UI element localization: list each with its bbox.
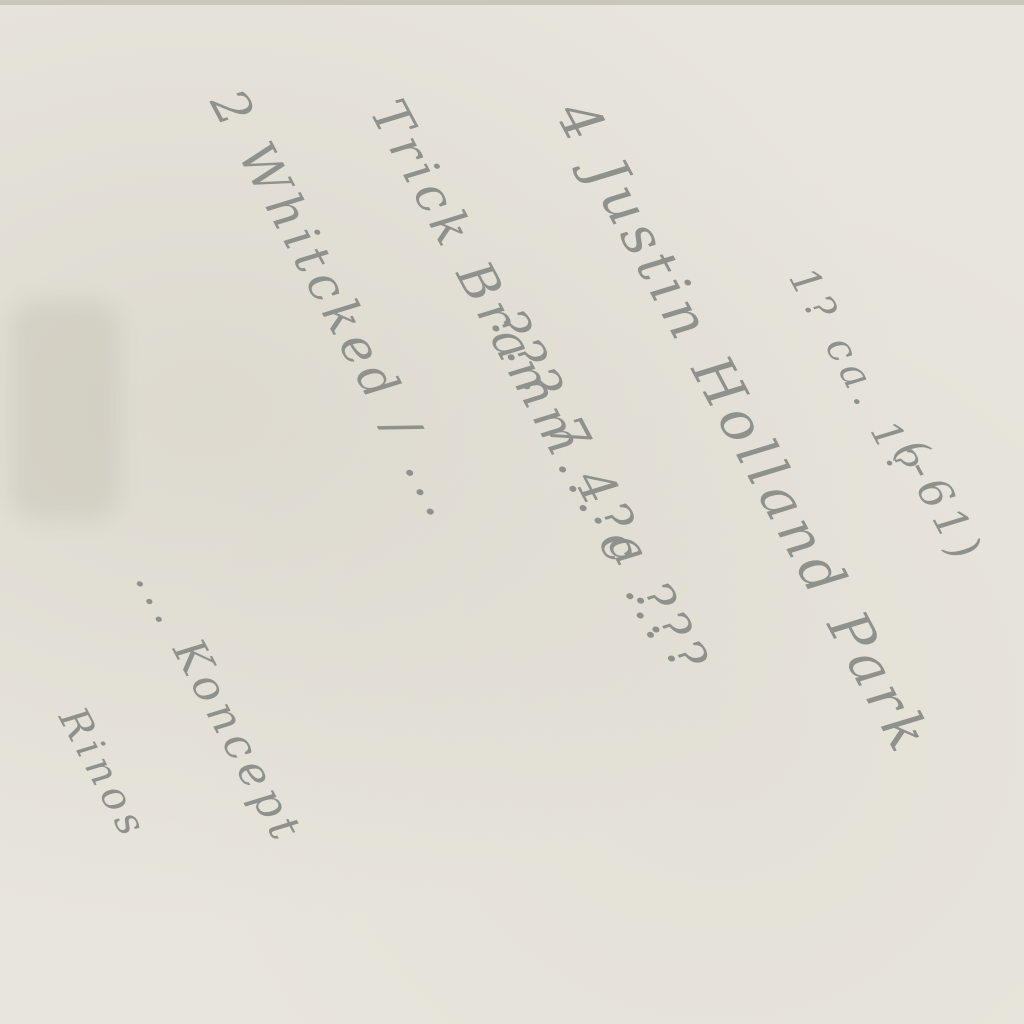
handwritten-line: ... Koncept [125,560,313,853]
handwriting-area: (-61) 1? ca. 1? 4 Justin Holland Park ??… [0,0,1024,1024]
handwritten-line: Rinos [49,700,157,848]
handwritten-line: 1? ca. 1? [779,260,929,487]
